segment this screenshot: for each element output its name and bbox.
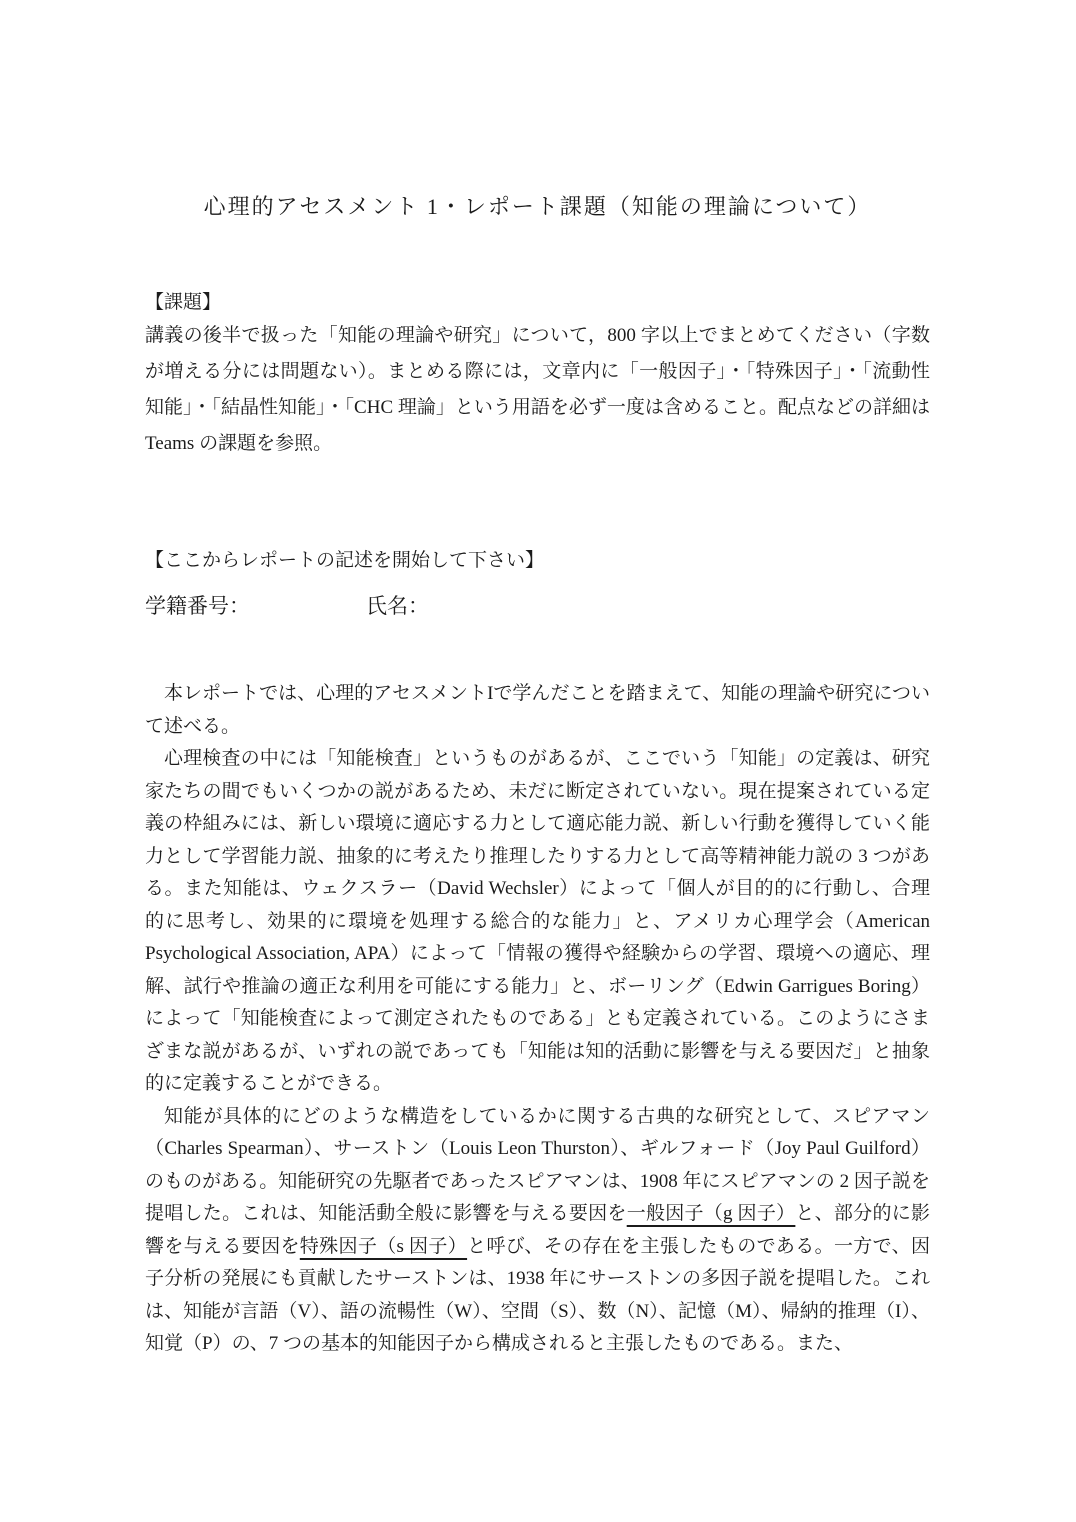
student-info-line: 学籍番号：氏名：: [145, 590, 930, 622]
report-paragraph-3: 知能が具体的にどのような構造をしているかに関する古典的な研究として、スピアマン（…: [145, 1101, 930, 1361]
assignment-heading: 【課題】: [145, 288, 930, 318]
document-title: 心理的アセスメント 1・レポート課題（知能の理論について）: [145, 192, 930, 222]
general-factor-underlined-term: 一般因子（g 因子）: [627, 1203, 796, 1224]
assignment-instructions: 講義の後半で扱った「知能の理論や研究」について，800 字以上でまとめてください…: [145, 318, 930, 462]
report-body: 本レポートでは、心理的アセスメントIで学んだことを踏まえて、知能の理論や研究につ…: [145, 678, 930, 1361]
report-start-marker: 【ここからレポートの記述を開始して下さい】: [145, 546, 930, 576]
specific-factor-underlined-term: 特殊因子（s 因子）: [300, 1236, 467, 1257]
report-paragraph-1: 本レポートでは、心理的アセスメントIで学んだことを踏まえて、知能の理論や研究につ…: [145, 678, 930, 743]
student-id-label: 学籍番号：: [145, 594, 250, 618]
document-page: 心理的アセスメント 1・レポート課題（知能の理論について） 【課題】 講義の後半…: [0, 0, 1076, 1522]
name-label: 氏名：: [366, 594, 429, 618]
report-paragraph-2: 心理検査の中には「知能検査」というものがあるが、ここでいう「知能」の定義は、研究…: [145, 743, 930, 1101]
